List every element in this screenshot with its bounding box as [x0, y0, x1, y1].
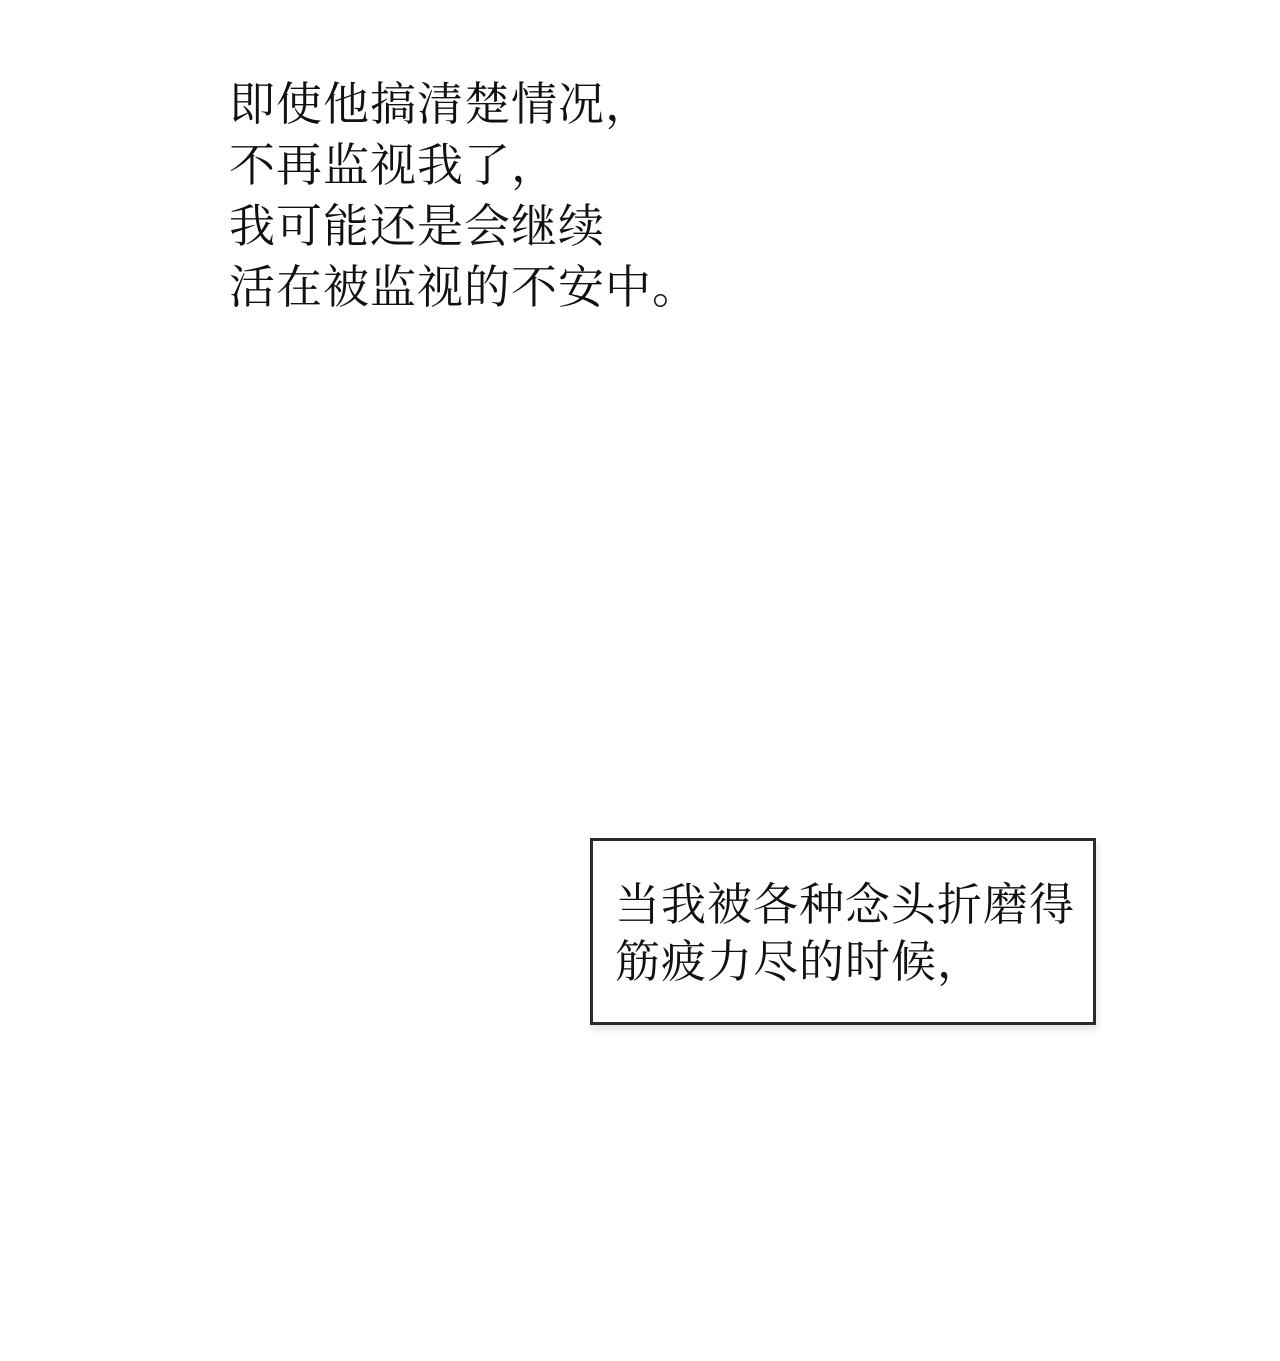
narration-line: 不再监视我了，: [229, 135, 699, 196]
narration-line: 我可能还是会继续: [229, 196, 699, 257]
narration-line: 活在被监视的不安中。: [229, 257, 699, 318]
narration-text-block: 即使他搞清楚情况， 不再监视我了， 我可能还是会继续 活在被监视的不安中。: [229, 74, 699, 318]
comic-page: 即使他搞清楚情况， 不再监视我了， 我可能还是会继续 活在被监视的不安中。 当我…: [0, 0, 1280, 1361]
narration-line: 即使他搞清楚情况，: [229, 74, 699, 135]
caption-line: 当我被各种念头折磨得: [615, 877, 1075, 934]
caption-line: 筋疲力尽的时候，: [615, 934, 1075, 991]
caption-text-block: 当我被各种念头折磨得 筋疲力尽的时候，: [615, 877, 1075, 991]
caption-box: 当我被各种念头折磨得 筋疲力尽的时候，: [590, 838, 1096, 1025]
